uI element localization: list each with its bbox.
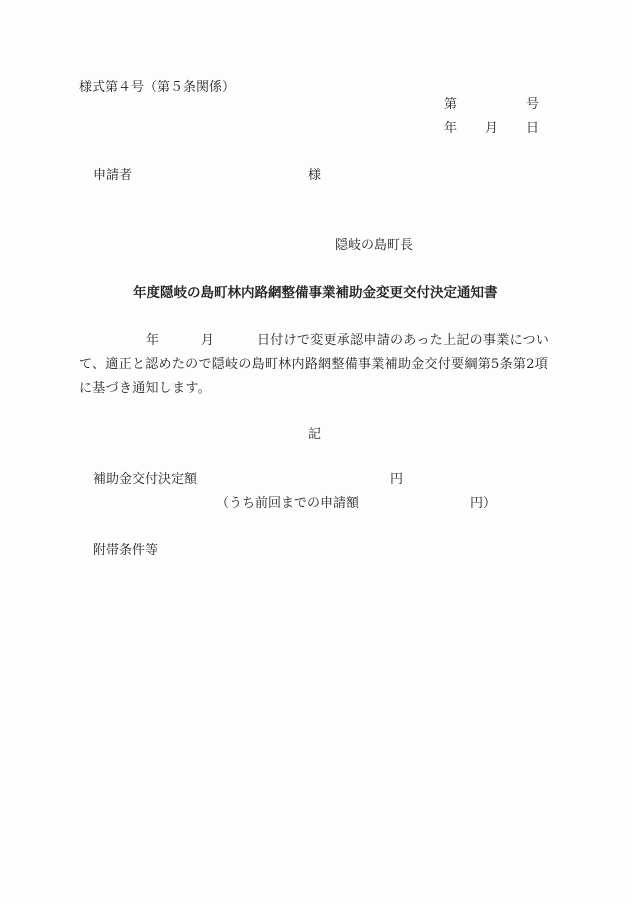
body-month: 月 xyxy=(201,334,214,347)
body-year: 年 xyxy=(146,334,159,347)
prev-amount-label: （うち前回までの申請額 xyxy=(216,497,359,510)
form-label: 様式第４号（第５条関係） xyxy=(79,81,235,94)
conditions-label: 附帯条件等 xyxy=(93,544,158,557)
doc-number-prefix: 第 xyxy=(444,98,457,111)
recipient-honorific: 様 xyxy=(308,169,321,182)
body-line1: 日付けで変更承認申請のあった上記の事業につい xyxy=(257,334,549,347)
issuer: 隠岐の島町長 xyxy=(335,239,413,252)
amount-unit: 円 xyxy=(390,473,403,486)
amount-label: 補助金交付決定額 xyxy=(93,473,197,486)
body-line3: に基づき通知します。 xyxy=(79,382,211,395)
date-month: 月 xyxy=(485,122,498,135)
ki-heading: 記 xyxy=(308,428,321,441)
doc-number-suffix: 号 xyxy=(526,98,539,111)
prev-amount-unit: 円） xyxy=(470,497,496,510)
date-day: 日 xyxy=(526,122,539,135)
body-line2: て、適正と認めたので隠岐の島町林内路網整備事業補助金交付要綱第5条第2項 xyxy=(79,358,548,371)
recipient-label: 申請者 xyxy=(93,169,132,182)
date-year: 年 xyxy=(444,122,457,135)
document-title: 年度隠岐の島町林内路網整備事業補助金変更交付決定通知書 xyxy=(133,287,498,301)
